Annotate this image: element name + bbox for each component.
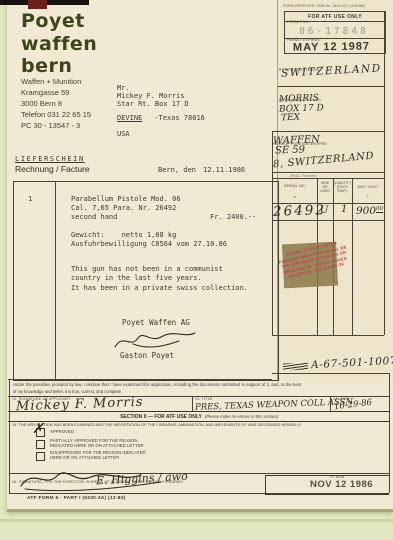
atf-use-only-label: FOR ATF USE ONLY	[308, 14, 362, 20]
item-description: Parabellum Pistole Mod. 06	[71, 195, 181, 204]
recipient-city-line: DEVINE-Texas 78016	[117, 114, 205, 123]
section2-header: SECTION II — FOR ATF USE ONLY	[120, 414, 202, 420]
poyet-logo-line1: Poyet	[21, 12, 85, 31]
divider	[192, 396, 193, 411]
sender-line: PC 30 - 13547 - 3	[21, 122, 80, 130]
serial-handwritten-value: 26492	[273, 202, 326, 220]
item-number: 1	[28, 195, 32, 204]
item-description: second hand	[71, 213, 117, 222]
quantity-handwritten-value: 1	[341, 204, 347, 215]
form-footer: ATF FORM 6 · PART I (5330.3A) (12-83)	[27, 496, 126, 501]
label-line: INDICATED HERE OR ON ATTACHED LETTER	[50, 444, 144, 449]
unit-cost-col-header: UNIT COST	[353, 186, 383, 190]
shipper-fragment: SE 59	[275, 144, 305, 156]
label-line: HERE OR ON ATTACHED LETTER	[50, 456, 146, 461]
new-used-col-header: NEW OR USED	[318, 181, 332, 193]
sender-line: Kramgasse 59	[21, 89, 69, 97]
certification-line: country in the last five years.	[71, 274, 202, 283]
section2-header-note: (Please make no entries in this section)	[205, 414, 278, 419]
serial-col-subletter: e	[276, 196, 314, 200]
scanned-document-page: Poyet waffen bern Waffen + Munition Kram…	[0, 0, 393, 540]
divider	[278, 86, 384, 87]
permit-date-stamp: MAY 12 1987	[293, 40, 385, 54]
new-used-handwritten-value: U	[320, 205, 328, 216]
title-field-label: 13. TITLE	[195, 398, 213, 402]
sender-line: 3000 Bern 8	[21, 100, 62, 108]
recipient-street: Star Rt. Box 17 D	[117, 100, 189, 109]
quantity-line: SHIP.)	[333, 189, 352, 193]
signer-name: Gaston Poyet	[120, 351, 174, 360]
export-permit-line: Ausfuhrbewilligung C8564 vom 27.10.86	[71, 240, 227, 249]
delivery-note-title: LIEFERSCHEIN	[15, 155, 85, 163]
section2-header-bar: SECTION II — FOR ATF USE ONLY (Please ma…	[8, 411, 390, 422]
divider	[384, 11, 385, 335]
unit-cost-dollars: 900	[356, 205, 376, 217]
unit-cost-cents: 00	[376, 206, 383, 213]
certification-line: This gun has not been in a communist	[71, 265, 223, 274]
invoice-title: Rechnung / Facture	[15, 164, 90, 174]
permit-number-box: PERMIT NO. 86-17848	[284, 20, 386, 39]
divider	[272, 131, 273, 335]
partially-approved-label: PARTIALLY APPROVED FOR THE REASON INDICA…	[50, 439, 144, 449]
divider	[8, 379, 272, 380]
sender-line: Waffen + Munition	[21, 78, 81, 86]
unit-cost-subletter: i	[353, 196, 383, 200]
gaston-poyet-signature	[105, 327, 200, 353]
disapproved-label: DISAPPROVED FOR THE REASON INDICATED HER…	[50, 451, 146, 461]
background-band	[0, 519, 393, 522]
divider	[272, 335, 384, 336]
recipient-country: USA	[117, 130, 130, 139]
permit-number-label: PERMIT NO.	[287, 21, 385, 25]
approved-label: APPROVED	[50, 430, 74, 435]
new-used-line: USED	[318, 189, 332, 193]
item-description: Cal. 7,65 Para. Nr. 26492	[71, 204, 176, 213]
partially-approved-checkbox	[36, 440, 45, 449]
form-approved-note: FORM APPROVED: OMB No. 1512-0017 (4/30/8…	[283, 4, 365, 8]
approved-check-mark: ✗	[32, 421, 44, 437]
item-price: Fr. 2400.--	[210, 213, 256, 222]
divider	[272, 373, 390, 374]
company-name: Poyet Waffen AG	[122, 318, 190, 327]
unit-cost-handwritten-value: 90000	[356, 205, 383, 217]
recipient-city: DEVINE	[117, 114, 142, 122]
applicant-address-fragment: TEX	[281, 113, 300, 124]
certification-line: It has been in a private swiss collectio…	[71, 284, 248, 293]
divider	[55, 181, 56, 379]
declaration-line: of my knowledge and belief, it is true, …	[13, 389, 122, 394]
divider	[389, 373, 390, 493]
atf-date-stamp: NOV 12 1986	[310, 479, 373, 490]
permit-expires-box: PERMIT EXPIRES MAY 12 1987	[284, 38, 386, 54]
serial-col-header: SERIAL NO.	[276, 185, 314, 189]
scribble-mark	[283, 362, 308, 370]
examined-statement: 15. THE APPLICATION HAS BEEN EXAMINED AN…	[12, 422, 301, 427]
recipient-region: -Texas 78016	[154, 114, 205, 122]
disapproved-checkbox	[36, 452, 45, 461]
declaration-line: Under the penalties provided by law, I d…	[13, 382, 387, 387]
invoice-date: 12.11.1986	[203, 166, 245, 175]
staple-mark	[28, 0, 47, 9]
weight-line: Gewicht: netto 1,08 kg	[71, 231, 176, 240]
divider	[272, 220, 384, 221]
place-date-label: Bern, den	[158, 166, 196, 175]
quantity-col-header: QUANTITY (EACH SHIP.)	[333, 181, 352, 193]
poyet-logo-line3: bern	[21, 57, 72, 76]
sender-line: Telefon 031 22 65 15	[21, 111, 91, 119]
poyet-logo-line2: waffen	[21, 35, 97, 54]
permit-number-stamp: 86-17848	[299, 26, 385, 37]
paper-bottom-edge	[7, 509, 393, 512]
divider	[272, 178, 384, 179]
divider	[272, 172, 384, 173]
